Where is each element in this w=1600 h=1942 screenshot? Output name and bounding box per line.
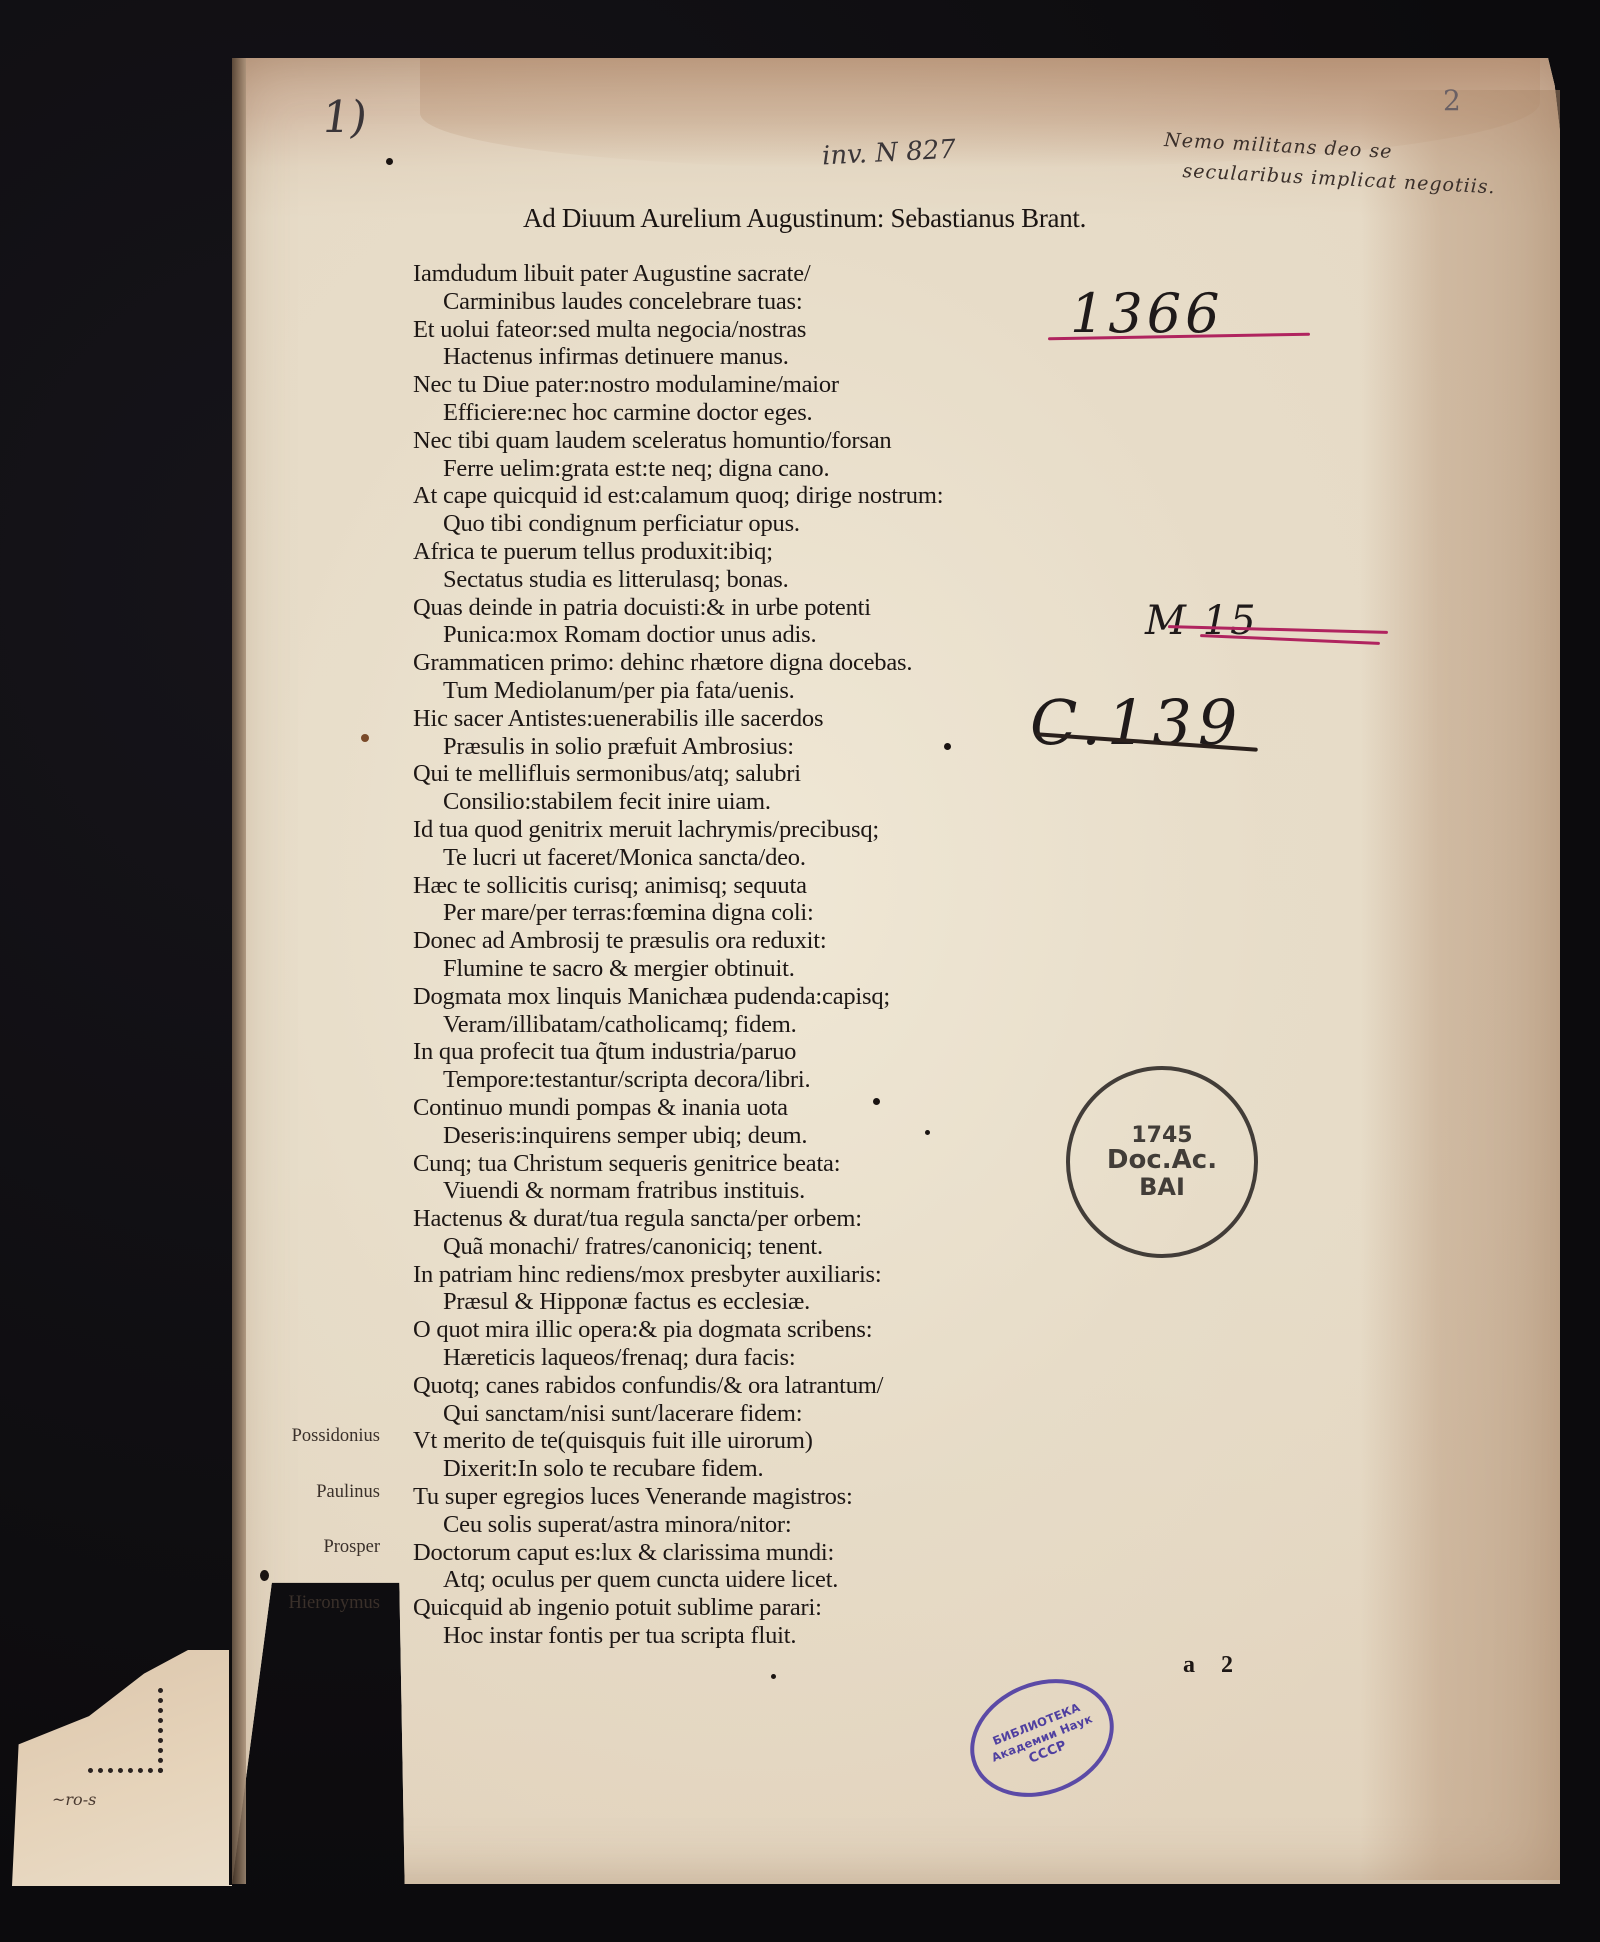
verse-line: Sectatus studia es litterulasq; bonas. <box>413 566 943 594</box>
verse-line: Quo tibi condignum perficiatur opus. <box>413 510 943 538</box>
ink-dot <box>873 1098 880 1105</box>
verse-line: Efficiere:nec hoc carmine doctor eges. <box>413 399 943 427</box>
printed-text: Ad Diuum Aurelium Augustinum: Sebastianu… <box>0 0 1600 1942</box>
verse-line: Id tua quod genitrix meruit lachrymis/pr… <box>413 816 943 844</box>
verse-line: Qui sanctam/nisi sunt/lacerare fidem: <box>413 1400 943 1428</box>
verse-line: Hic sacer Antistes:uenerabilis ille sace… <box>413 705 943 733</box>
marginal-name: Hieronymus <box>289 1593 380 1614</box>
round-stamp-line-2: Doc.Ac. <box>1107 1147 1217 1174</box>
verse-line: Tu super egregios luces Venerande magist… <box>413 1483 943 1511</box>
verse-line: Africa te puerum tellus produxit:ibiq; <box>413 538 943 566</box>
verse-line: Dogmata mox linquis Manichæa pudenda:cap… <box>413 983 943 1011</box>
verse-line: Tempore:testantur/scripta decora/libri. <box>413 1066 943 1094</box>
verse-line: Doctorum caput es:lux & clarissima mundi… <box>413 1539 943 1567</box>
verse-line: Te lucri ut faceret/Monica sancta/deo. <box>413 844 943 872</box>
verse-line: In patriam hinc rediens/mox presbyter au… <box>413 1261 943 1289</box>
verse-line: Veram/illibatam/catholicamq; fidem. <box>413 1011 943 1039</box>
verse-line: Punica:mox Romam doctior unus adis. <box>413 621 943 649</box>
round-library-stamp: 1745 Doc.Ac. BAI <box>1066 1066 1258 1258</box>
round-stamp-line-3: BAI <box>1139 1175 1185 1200</box>
verse-line: Et uolui fateor:sed multa negocia/nostra… <box>413 316 943 344</box>
verse-line: Vt merito de te(quisquis fuit ille uiror… <box>413 1427 943 1455</box>
folio-number-annotation: 1) <box>318 92 370 143</box>
verse-line: Flumine te sacro & mergier obtinuit. <box>413 955 943 983</box>
verse-line: Dixerit:In solo te recubare fidem. <box>413 1455 943 1483</box>
ink-dot <box>925 1130 930 1135</box>
marginal-name: Paulinus <box>316 1482 380 1503</box>
verse-line: Deseris:inquirens semper ubiq; deum. <box>413 1122 943 1150</box>
verse-body: Iamdudum libuit pater Augustine sacrate/… <box>413 260 943 1650</box>
verse-line: Per mare/per terras:fœmina digna coli: <box>413 899 943 927</box>
verse-line: Ferre uelim:grata est:te neq; digna cano… <box>413 455 943 483</box>
verse-line: Hoc instar fontis per tua scripta fluit. <box>413 1622 943 1650</box>
verse-line: Præsulis in solio præfuit Ambrosius: <box>413 733 943 761</box>
verse-line: Tum Mediolanum/per pia fata/uenis. <box>413 677 943 705</box>
verse-line: Cunq; tua Christum sequeris genitrice be… <box>413 1150 943 1178</box>
verse-line: Iamdudum libuit pater Augustine sacrate/ <box>413 260 943 288</box>
round-stamp-line-1: 1745 <box>1131 1124 1192 1147</box>
marginal-name: Prosper <box>323 1537 380 1558</box>
verse-line: Continuo mundi pompas & inania uota <box>413 1094 943 1122</box>
ink-dot <box>260 1570 269 1581</box>
verse-line: Nec tibi quam laudem sceleratus homuntio… <box>413 427 943 455</box>
verse-line: Ceu solis superat/astra minora/nitor: <box>413 1511 943 1539</box>
ink-dot <box>361 734 369 742</box>
verse-line: Carminibus laudes concelebrare tuas: <box>413 288 943 316</box>
verse-line: Qui te mellifluis sermonibus/atq; salubr… <box>413 760 943 788</box>
signature-mark: a 2 <box>1183 1652 1243 1679</box>
ink-dot <box>771 1674 776 1679</box>
verse-line: In qua profecit tua q̃tum industria/paru… <box>413 1038 943 1066</box>
ink-dot <box>386 158 393 165</box>
verse-line: Viuendi & normam fratribus instituis. <box>413 1177 943 1205</box>
verse-line: Quas deinde in patria docuisti:& in urbe… <box>413 594 943 622</box>
verse-line: Quotq; canes rabidos confundis/& ora lat… <box>413 1372 943 1400</box>
verse-line: At cape quicquid id est:calamum quoq; di… <box>413 482 943 510</box>
verse-line: Quicquid ab ingenio potuit sublime parar… <box>413 1594 943 1622</box>
ink-dot <box>944 743 951 750</box>
verse-line: Quã monachi/ fratres/canoniciq; tenent. <box>413 1233 943 1261</box>
verse-line: Nec tu Diue pater:nostro modulamine/maio… <box>413 371 943 399</box>
verse-line: Atq; oculus per quem cuncta uidere licet… <box>413 1566 943 1594</box>
verse-line: O quot mira illic opera:& pia dogmata sc… <box>413 1316 943 1344</box>
page-title: Ad Diuum Aurelium Augustinum: Sebastianu… <box>523 203 1086 234</box>
verse-line: Hactenus & durat/tua regula sancta/per o… <box>413 1205 943 1233</box>
verse-line: Præsul & Hipponæ factus es ecclesiæ. <box>413 1288 943 1316</box>
verse-line: Hæreticis laqueos/frenaq; dura facis: <box>413 1344 943 1372</box>
verse-line: Consilio:stabilem fecit inire uiam. <box>413 788 943 816</box>
corner-number: 2 <box>1443 84 1461 117</box>
verse-line: Hæc te sollicitis curisq; animisq; sequu… <box>413 872 943 900</box>
marginal-name: Possidonius <box>292 1426 380 1447</box>
verse-line: Grammaticen primo: dehinc rhætore digna … <box>413 649 943 677</box>
verse-line: Donec ad Ambrosij te præsulis ora reduxi… <box>413 927 943 955</box>
verse-line: Hactenus infirmas detinuere manus. <box>413 343 943 371</box>
